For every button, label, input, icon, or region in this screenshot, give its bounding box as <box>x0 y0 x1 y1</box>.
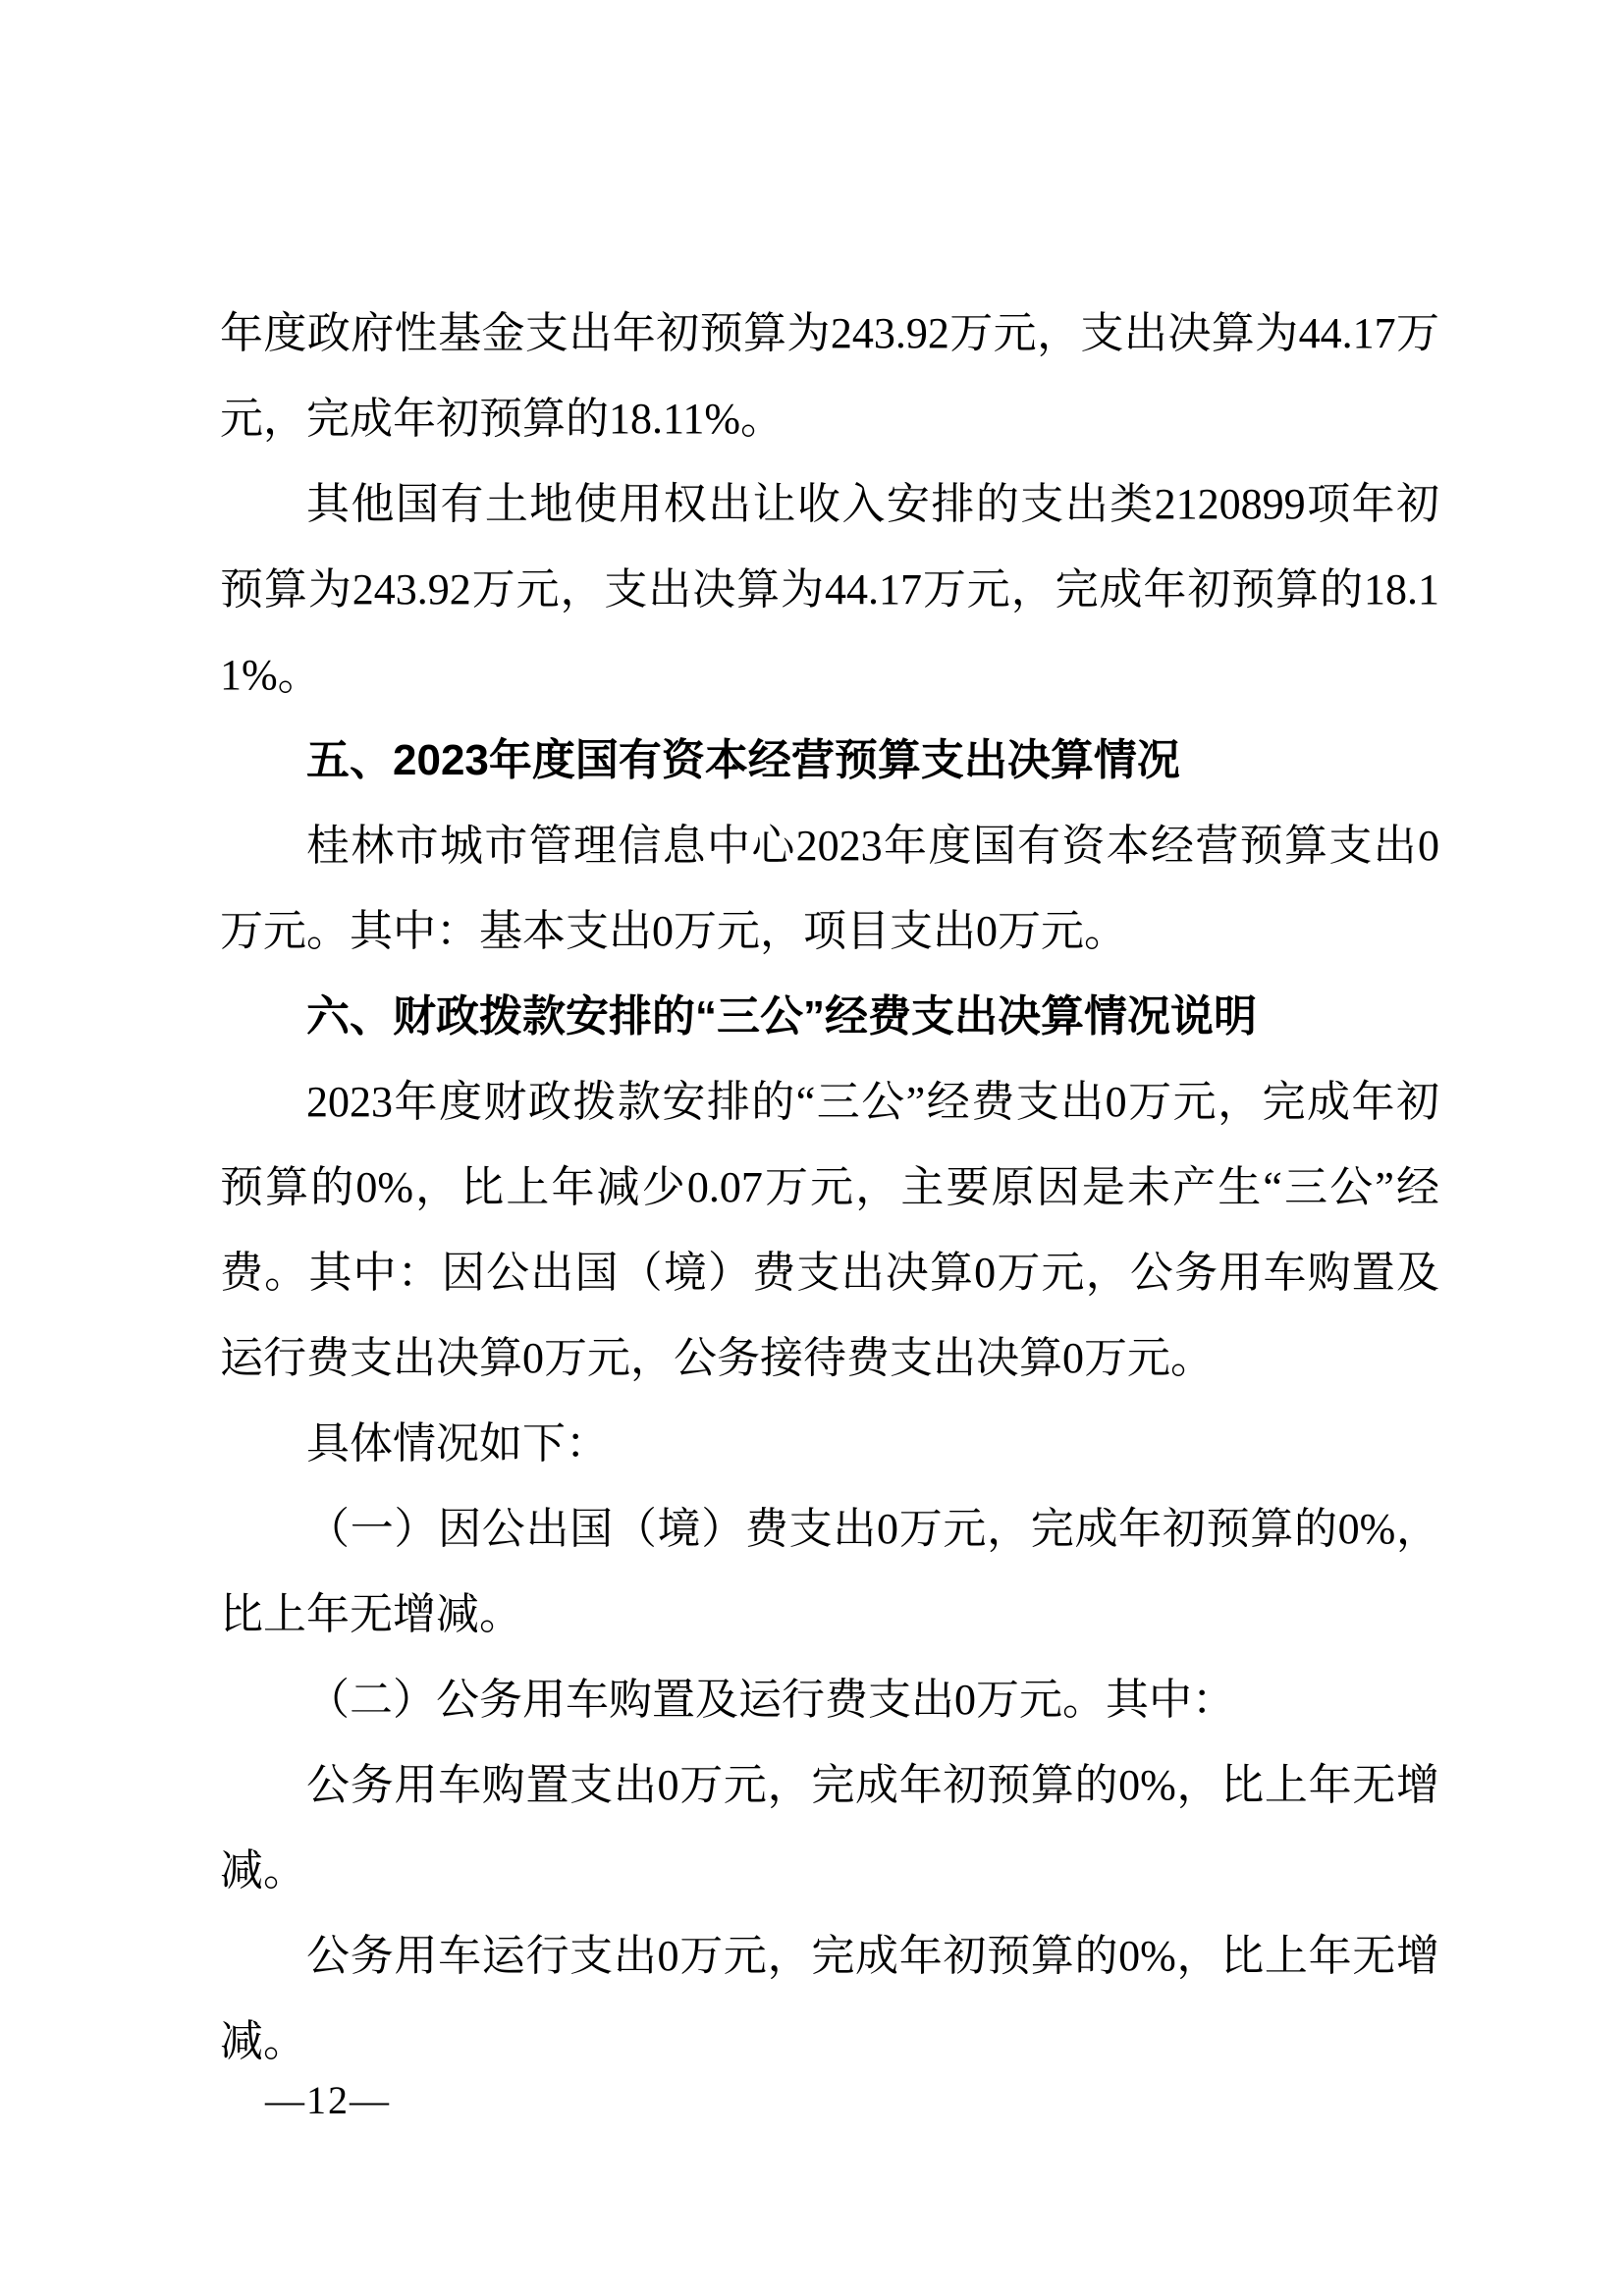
page-number: —12— <box>265 2077 391 2124</box>
body-paragraph: 其他国有土地使用权出让收入安排的支出类2120899项年初预算为243.92万元… <box>220 461 1439 718</box>
document-page: 年度政府性基金支出年初预算为243.92万元，支出决算为44.17万元，完成年初… <box>0 0 1624 2296</box>
body-paragraph: 2023年度财政拨款安排的“三公”经费支出0万元，完成年初预算的0%，比上年减少… <box>220 1059 1439 1401</box>
section-heading: 六、财政拨款安排的“三公”经费支出决算情况说明 <box>220 974 1439 1059</box>
body-paragraph: （一）因公出国（境）费支出0万元，完成年初预算的0%，比上年无增减。 <box>220 1486 1439 1657</box>
body-paragraph: 公务用车购置支出0万元，完成年初预算的0%，比上年无增减。 <box>220 1742 1439 1913</box>
document-body: 年度政府性基金支出年初预算为243.92万元，支出决算为44.17万元，完成年初… <box>220 291 1439 2084</box>
body-paragraph: 年度政府性基金支出年初预算为243.92万元，支出决算为44.17万元，完成年初… <box>220 291 1439 461</box>
body-paragraph: 桂林市城市管理信息中心2023年度国有资本经营预算支出0万元。其中：基本支出0万… <box>220 803 1439 974</box>
body-paragraph: （二）公务用车购置及运行费支出0万元。其中： <box>220 1657 1439 1742</box>
body-paragraph: 公务用车运行支出0万元，完成年初预算的0%，比上年无增减。 <box>220 1913 1439 2084</box>
body-paragraph: 具体情况如下： <box>220 1401 1439 1486</box>
section-heading: 五、2023年度国有资本经营预算支出决算情况 <box>220 718 1439 803</box>
